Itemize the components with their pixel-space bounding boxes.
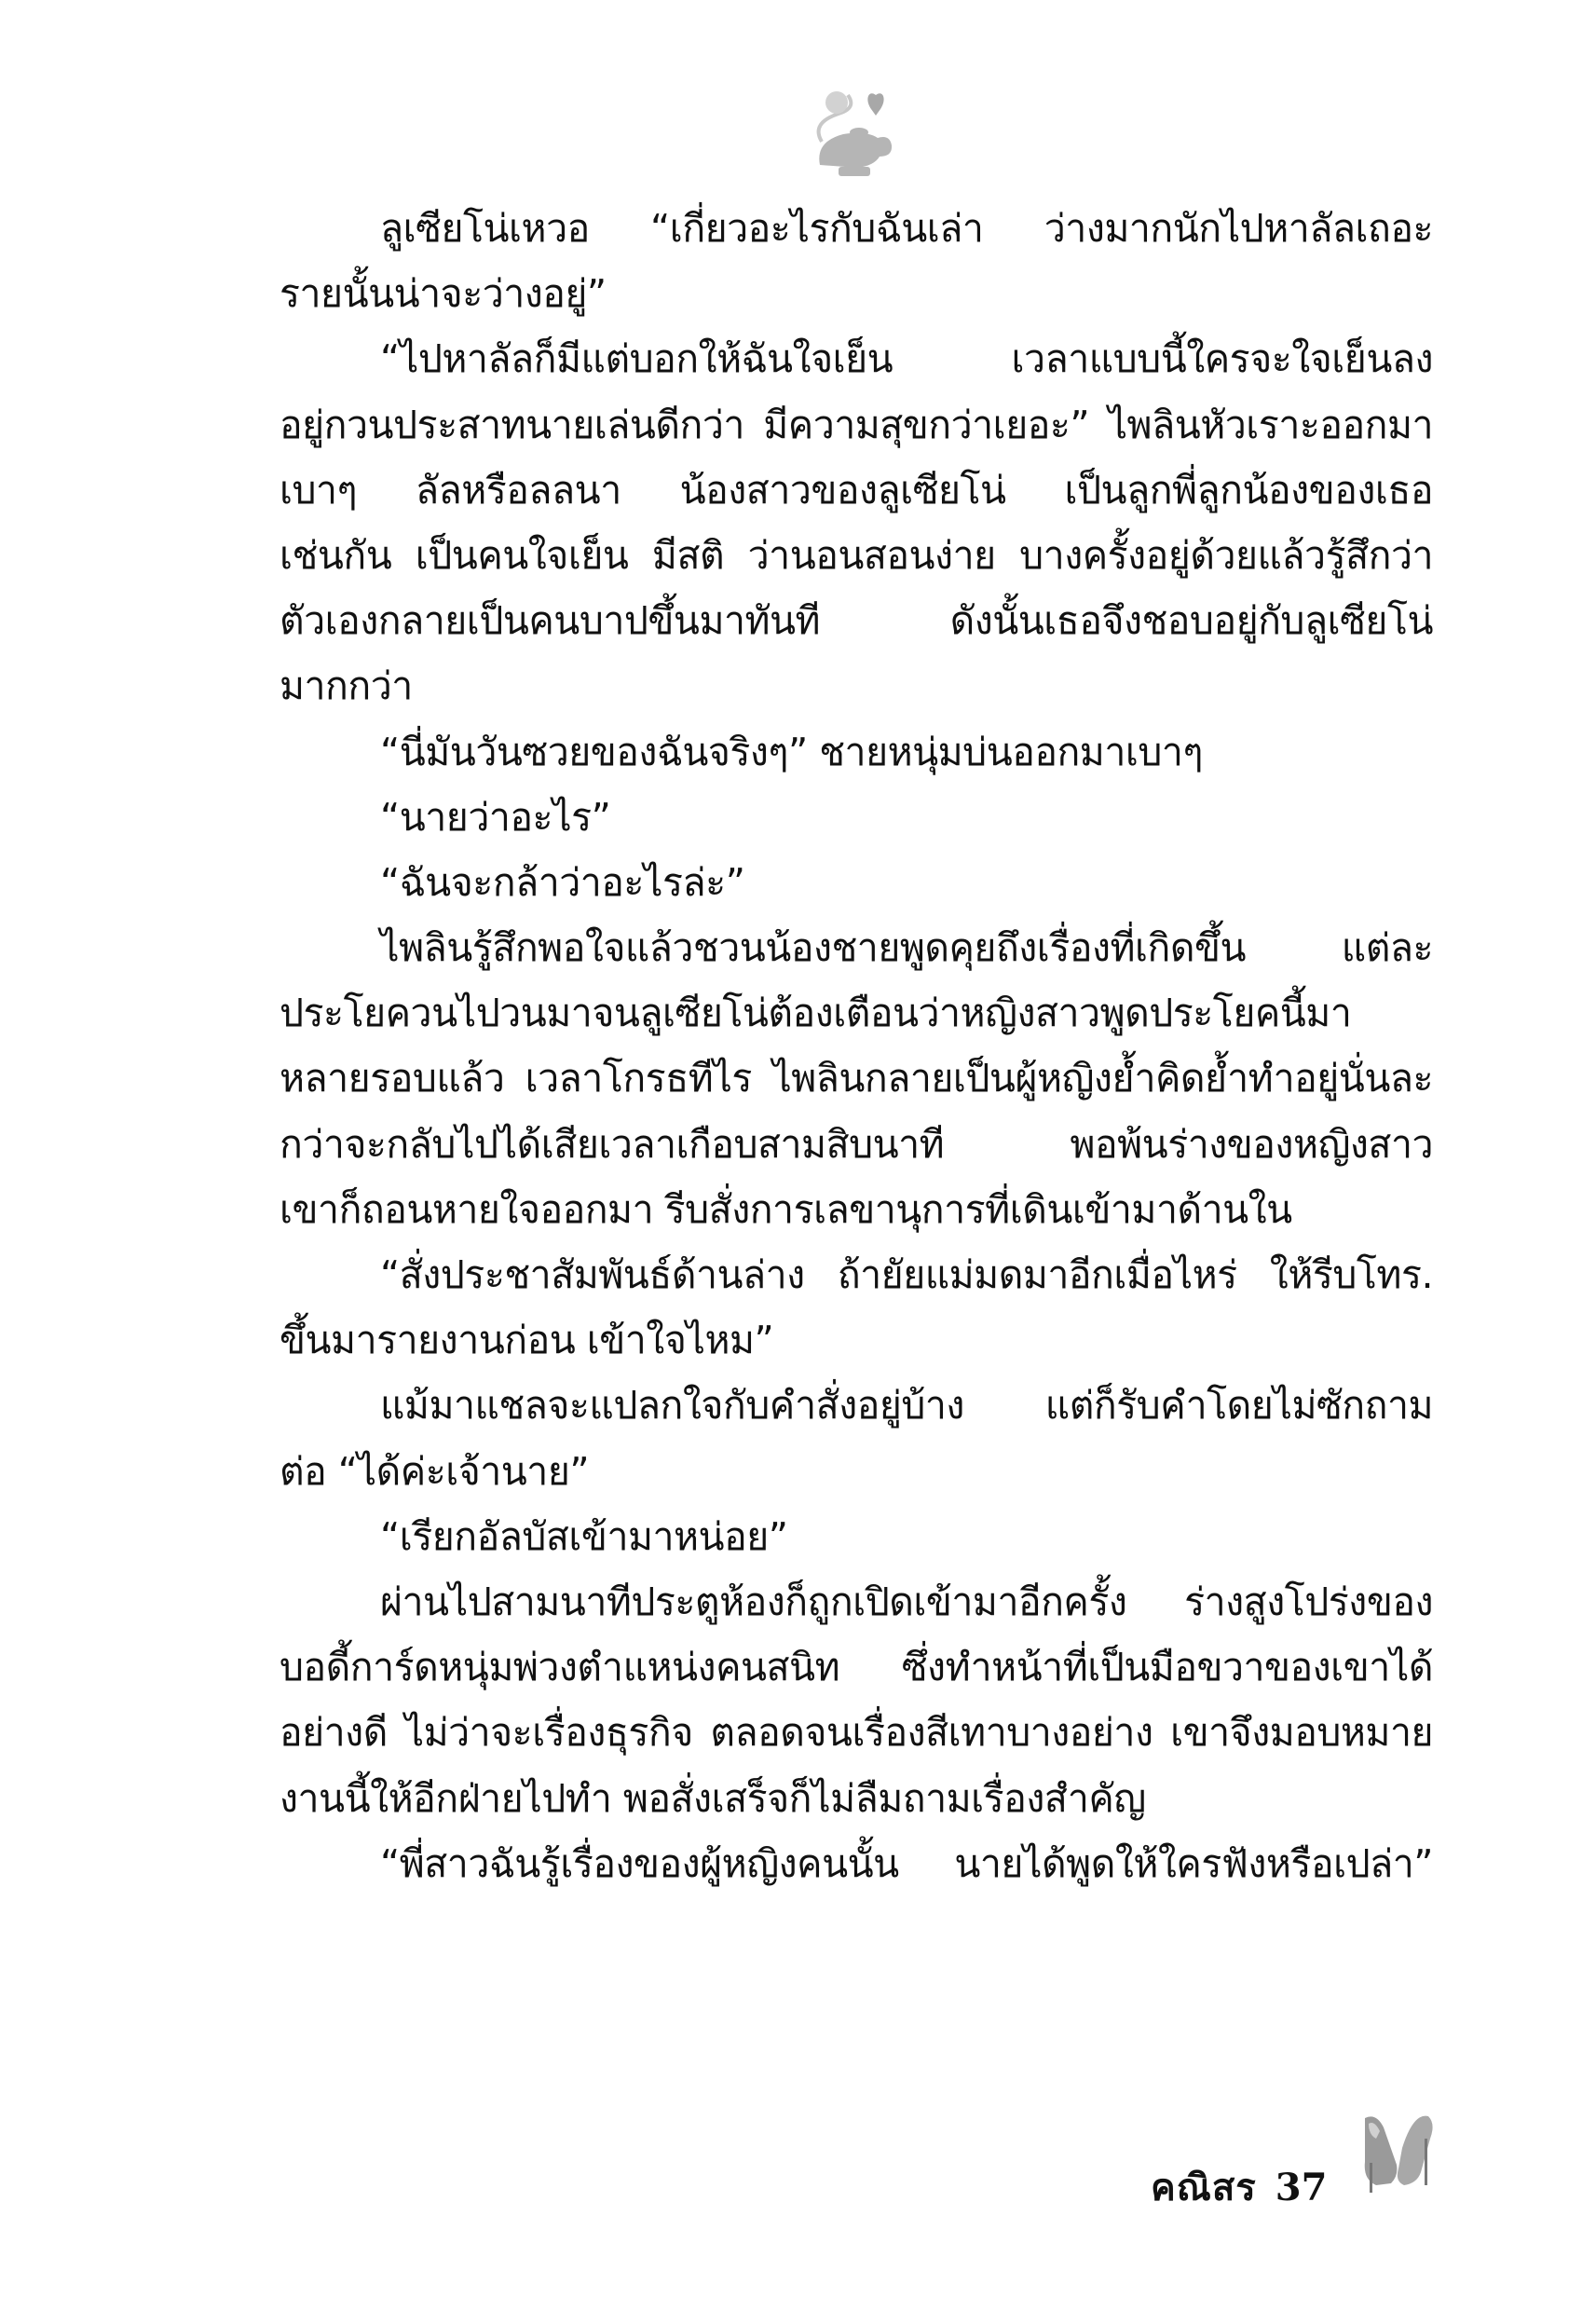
text-line: มากกว่า [280,653,1433,718]
text-line: กว่าจะกลับไปได้เสียเวลาเกือบสามสิบนาที พ… [280,1112,1433,1177]
text-line: รายนั้นน่าจะว่างอยู่” [280,261,1433,326]
text-line: “นายว่าอะไร” [280,785,1433,850]
book-title: คณิสร [1151,2157,1257,2217]
text-line: เขาก็ถอนหายใจออกมา รีบสั่งการเลขานุการที… [280,1177,1433,1242]
text-line: อยู่กวนประสาทนายเล่นดีกว่า มีความสุขกว่า… [280,392,1433,458]
text-line: “ไปหาลัลก็มีแต่บอกให้ฉันใจเย็น เวลาแบบนี… [280,326,1433,391]
text-line: ผ่านไปสามนาทีประตูห้องก็ถูกเปิดเข้ามาอีก… [280,1569,1433,1634]
text-line: “สั่งประชาสัมพันธ์ด้านล่าง ถ้ายัยแม่มดมา… [280,1242,1433,1307]
teapot-cupid-ornament-icon [801,76,904,181]
body-text: ลูเซียโน่เหวอ “เกี่ยวอะไรกับฉันเล่า ว่าง… [280,196,1433,1896]
text-line: ขึ้นมารายงานก่อน เข้าใจไหม” [280,1307,1433,1373]
footer: คณิสร 37 [1151,2157,1327,2217]
high-heel-shoes-icon [1356,2111,1449,2204]
text-line: งานนี้ให้อีกฝ่ายไปทำ พอสั่งเสร็จก็ไม่ลืม… [280,1766,1433,1831]
text-line: ประโยควนไปวนมาจนลูเซียโน่ต้องเตือนว่าหญิ… [280,980,1433,1046]
text-line: ตัวเองกลายเป็นคนบาปขึ้นมาทันที ดังนั้นเธ… [280,588,1433,653]
text-line: เบาๆ ลัลหรือลลนา น้องสาวของลูเซียโน่ เป็… [280,458,1433,523]
text-line: เช่นกัน เป็นคนใจเย็น มีสติ ว่านอนสอนง่าย… [280,523,1433,588]
text-line: ต่อ “ได้ค่ะเจ้านาย” [280,1439,1433,1504]
text-line: “ฉันจะกล้าว่าอะไรล่ะ” [280,850,1433,915]
text-line: “พี่สาวฉันรู้เรื่องของผู้หญิงคนนั้น นายไ… [280,1831,1433,1896]
text-line: “เรียกอัลบัสเข้ามาหน่อย” [280,1504,1433,1569]
text-line: “นี่มันวันซวยของฉันจริงๆ” ชายหนุ่มบ่นออก… [280,719,1433,785]
text-line: ไพลินรู้สึกพอใจแล้วชวนน้องชายพูดคุยถึงเร… [280,915,1433,980]
page-number: 37 [1275,2166,1328,2209]
text-line: ลูเซียโน่เหวอ “เกี่ยวอะไรกับฉันเล่า ว่าง… [280,196,1433,261]
text-line: อย่างดี ไม่ว่าจะเรื่องธุรกิจ ตลอดจนเรื่อ… [280,1700,1433,1765]
text-line: แม้มาแชลจะแปลกใจกับคำสั่งอยู่บ้าง แต่ก็ร… [280,1373,1433,1438]
text-line: บอดี้การ์ดหนุ่มพ่วงตำแหน่งคนสนิท ซึ่งทำห… [280,1634,1433,1700]
text-line: หลายรอบแล้ว เวลาโกรธทีไร ไพลินกลายเป็นผู… [280,1046,1433,1111]
